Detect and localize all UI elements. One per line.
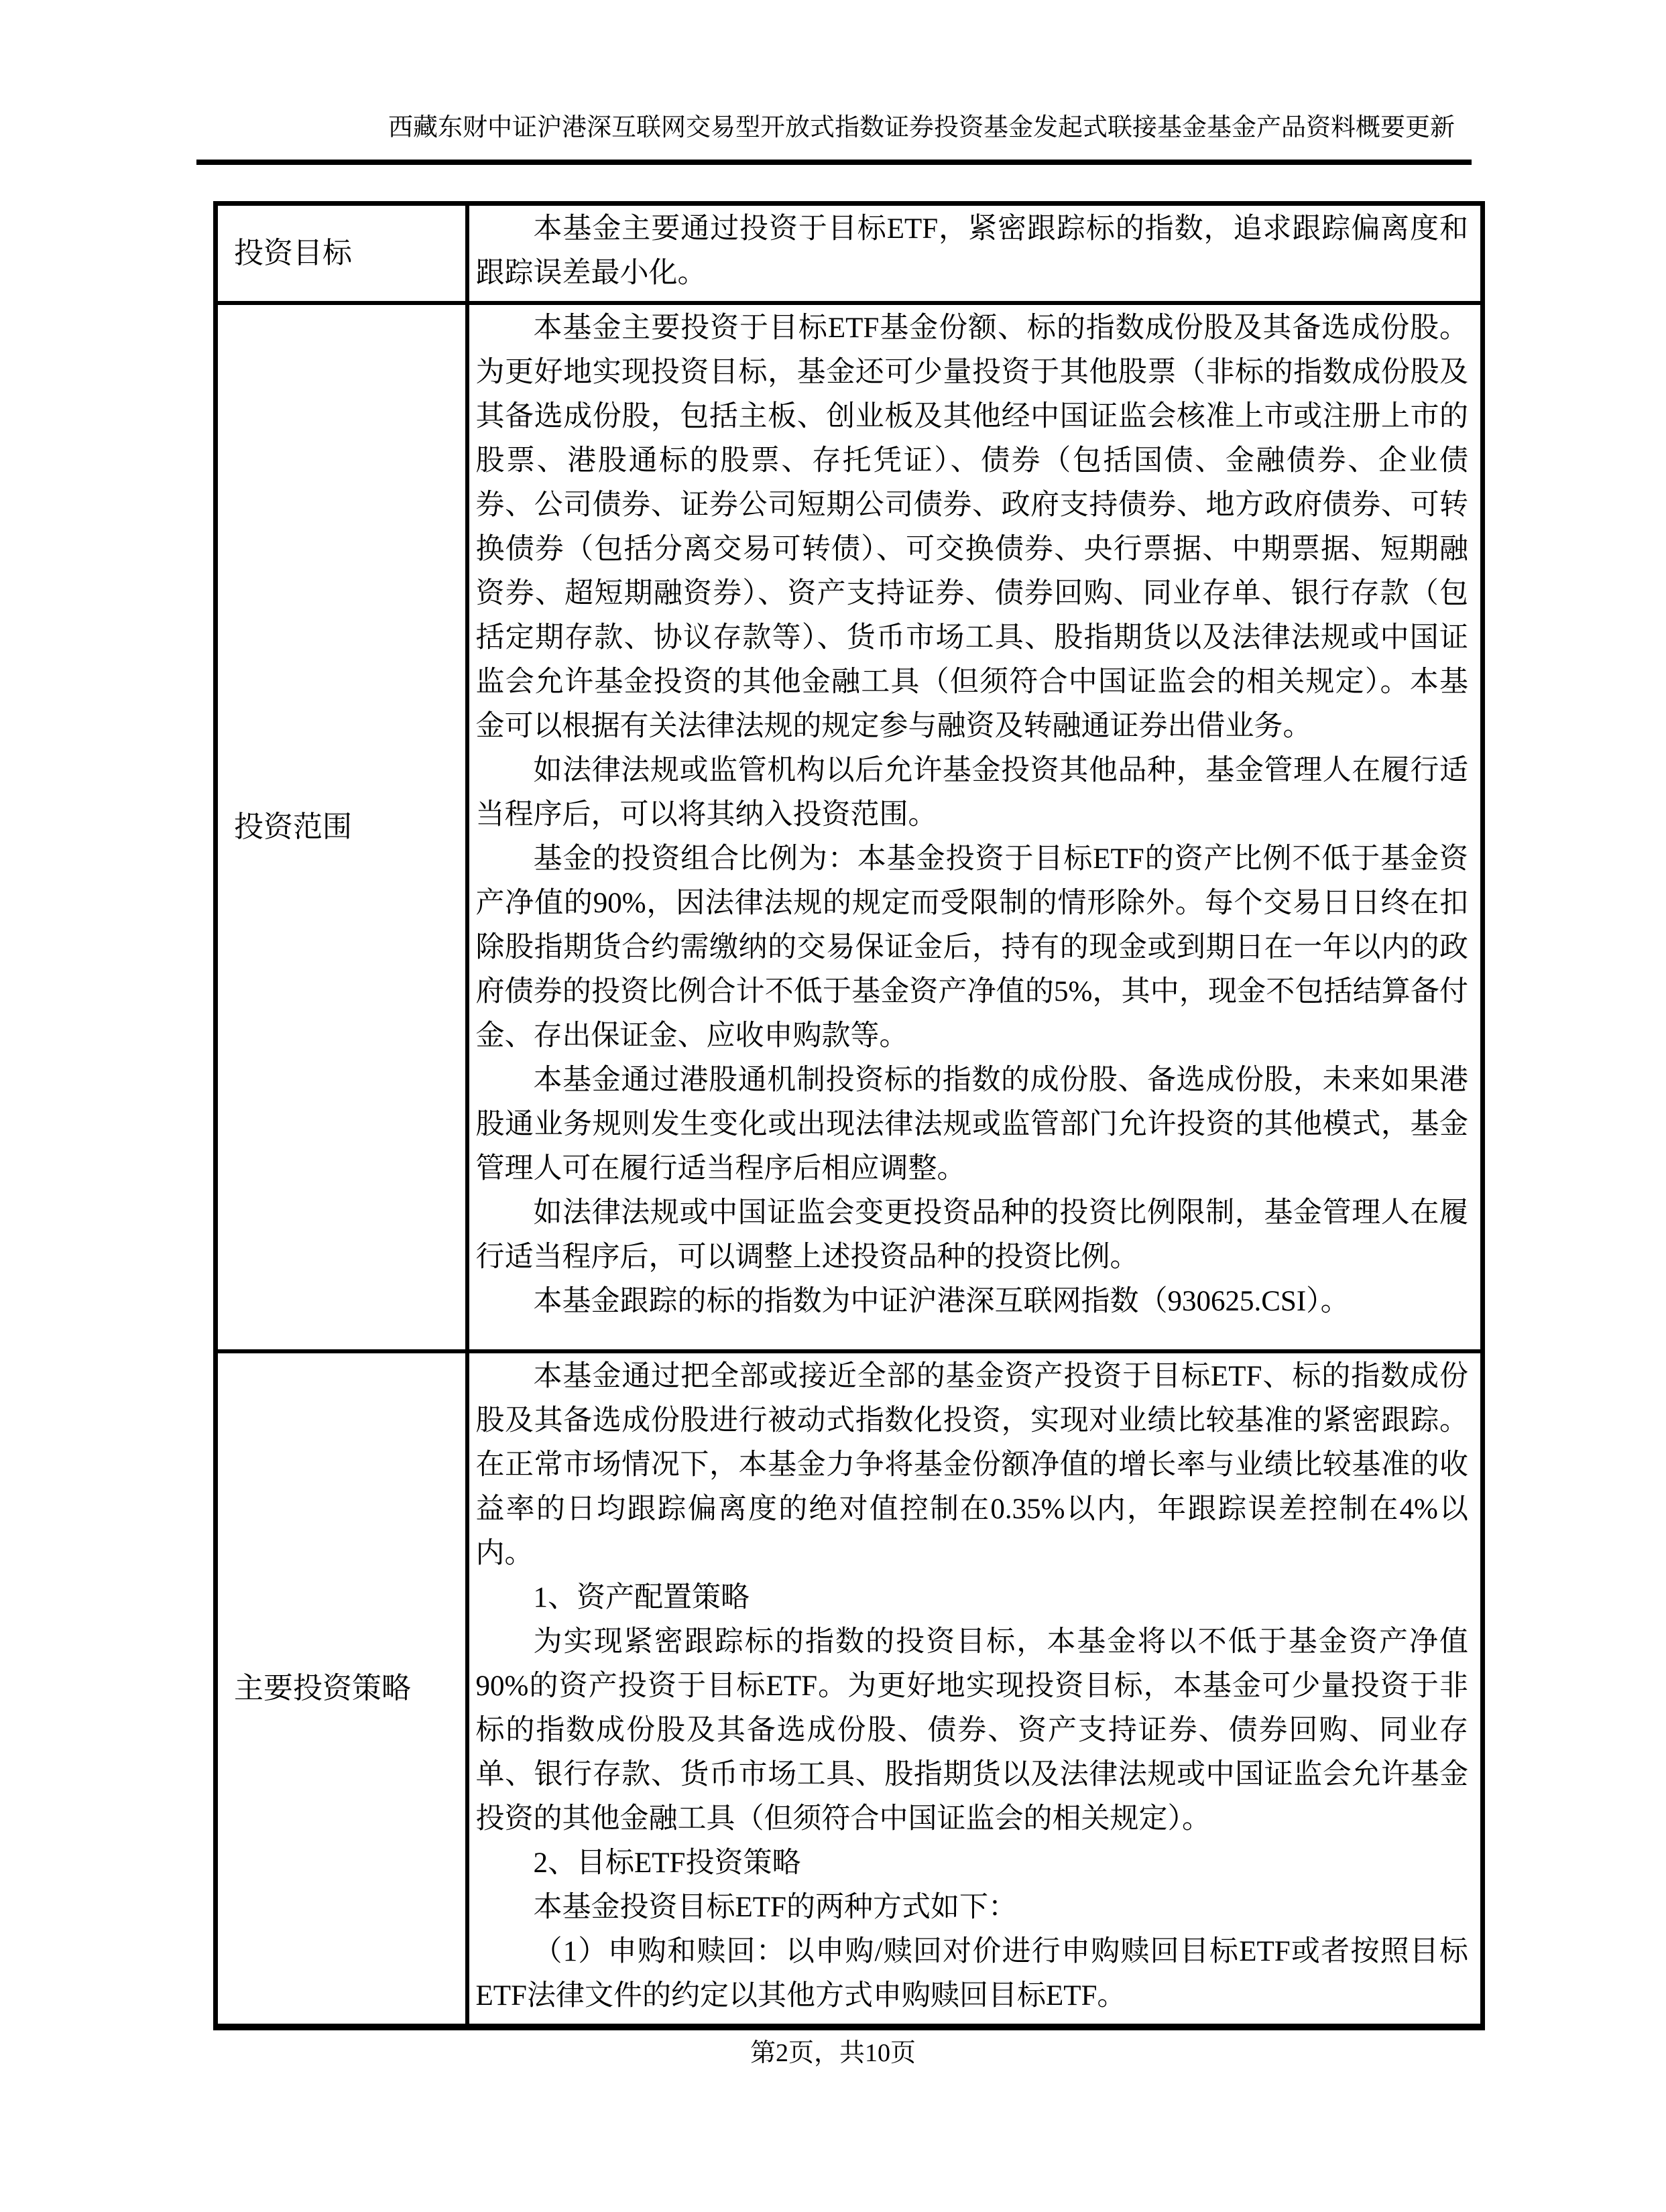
header-divider-line (196, 160, 1472, 165)
paragraph: 本基金主要投资于目标ETF基金份额、标的指数成份股及其备选成份股。为更好地实现投… (476, 306, 1469, 749)
row-label-main-investment-strategy: 主要投资策略 (216, 1351, 467, 2027)
paragraph: 本基金通过把全部或接近全部的基金资产投资于目标ETF、标的指数成份股及其备选成份… (476, 1355, 1469, 1576)
paragraph: 1、资产配置策略 (476, 1576, 1469, 1620)
table-row-investment-objective: 投资目标 本基金主要通过投资于目标ETF，紧密跟踪标的指数，追求跟踪偏离度和跟踪… (216, 204, 1483, 304)
paragraph: 本基金跟踪的标的指数为中证沪港深互联网指数（930625.CSI）。 (476, 1280, 1469, 1324)
document-page: 西藏东财中证沪港深互联网交易型开放式指数证券投资基金发起式联接基金基金产品资料概… (0, 0, 1666, 2212)
paragraph: 本基金投资目标ETF的两种方式如下： (476, 1886, 1469, 1930)
fund-info-table: 投资目标 本基金主要通过投资于目标ETF，紧密跟踪标的指数，追求跟踪偏离度和跟踪… (213, 201, 1485, 2030)
row-content-main-investment-strategy: 本基金通过把全部或接近全部的基金资产投资于目标ETF、标的指数成份股及其备选成份… (467, 1351, 1483, 2027)
paragraph: 如法律法规或中国证监会变更投资品种的投资比例限制，基金管理人在履行适当程序后，可… (476, 1191, 1469, 1280)
row-label-investment-objective: 投资目标 (216, 204, 467, 304)
paragraph: 2、目标ETF投资策略 (476, 1841, 1469, 1886)
paragraph: 本基金通过港股通机制投资标的指数的成份股、备选成份股，未来如果港股通业务规则发生… (476, 1058, 1469, 1191)
document-title: 西藏东财中证沪港深互联网交易型开放式指数证券投资基金发起式联接基金基金产品资料概… (194, 111, 1455, 145)
row-content-investment-scope: 本基金主要投资于目标ETF基金份额、标的指数成份股及其备选成份股。为更好地实现投… (467, 303, 1483, 1351)
table-row-investment-scope: 投资范围 本基金主要投资于目标ETF基金份额、标的指数成份股及其备选成份股。为更… (216, 303, 1483, 1351)
row-content-investment-objective: 本基金主要通过投资于目标ETF，紧密跟踪标的指数，追求跟踪偏离度和跟踪误差最小化… (467, 204, 1483, 304)
paragraph: 本基金主要通过投资于目标ETF，紧密跟踪标的指数，追求跟踪偏离度和跟踪误差最小化… (476, 207, 1469, 296)
table-row-main-investment-strategy: 主要投资策略 本基金通过把全部或接近全部的基金资产投资于目标ETF、标的指数成份… (216, 1351, 1483, 2027)
paragraph: 如法律法规或监管机构以后允许基金投资其他品种，基金管理人在履行适当程序后，可以将… (476, 749, 1469, 837)
page-number: 第2页，共10页 (0, 2036, 1666, 2070)
paragraph: 为实现紧密跟踪标的指数的投资目标，本基金将以不低于基金资产净值90%的资产投资于… (476, 1620, 1469, 1841)
row-label-investment-scope: 投资范围 (216, 303, 467, 1351)
paragraph: （1）申购和赎回：以申购/赎回对价进行申购赎回目标ETF或者按照目标ETF法律文… (476, 1930, 1469, 2018)
paragraph: 基金的投资组合比例为：本基金投资于目标ETF的资产比例不低于基金资产净值的90%… (476, 837, 1469, 1058)
